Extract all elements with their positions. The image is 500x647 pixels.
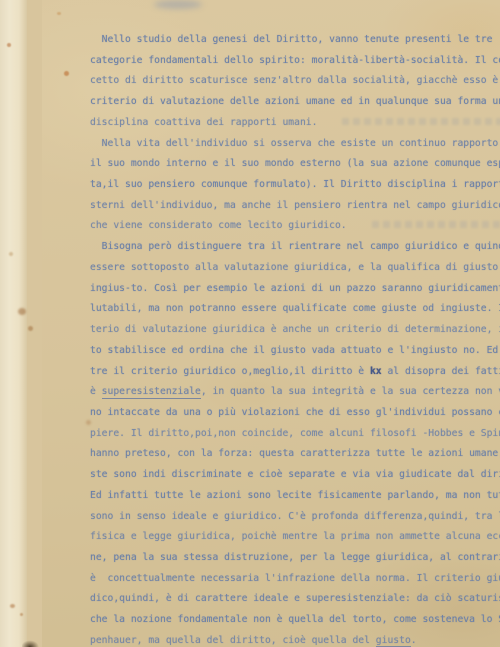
text-line: Nello studio della genesi del Diritto, v… [90,30,500,51]
text-line: cetto di diritto scaturisce senz'altro d… [90,71,500,92]
foxing-spot [57,12,61,15]
underlined-word: superesistenziale [102,386,201,399]
text-segment: to stabilisce ed ordina che il giusto va… [90,345,500,356]
text-line: categorie fondamentali dello spirito: mo… [90,51,500,72]
text-segment: ingius-to. Così per esempio le azioni di… [90,283,500,294]
text-segment: criterio di valutazione delle azioni uma… [90,96,500,107]
text-segment: è [90,386,102,397]
text-line: sono in senso ideale e giuridico. C'è pr… [90,507,500,528]
text-segment: Nella vita dell'individuo si osserva che… [90,138,500,149]
foxing-spot [20,613,23,616]
text-segment: terio di valutazione giuridica è anche u… [90,324,500,335]
foxing-spot [10,604,15,608]
text-line: tre il criterio giuridico o,meglio,il di… [90,362,500,383]
text-line: essere sottoposto alla valutazione giuri… [90,258,500,279]
text-line: penhauer, ma quella del diritto, cioè qu… [90,631,500,647]
text-line: lutabili, ma non potranno essere qualifi… [90,299,500,320]
text-line: ingius-to. Così per esempio le azioni di… [90,279,500,300]
text-line: ne, pena la sua stessa distruzione, per … [90,548,500,569]
text-segment: penhauer, ma quella del diritto, cioè qu… [90,635,376,646]
text-segment: Bisogna però distinguere tra il rientrar… [90,241,500,252]
underlined-word: giusto [376,635,411,647]
text-segment: che la nozione fondamentale non è quella… [90,614,500,625]
text-line: ta,il suo pensiero comunque formulato). … [90,175,500,196]
text-line: disciplina coattiva dei rapporti umani. [90,113,500,134]
text-line: Bisogna però distinguere tra il rientrar… [90,237,500,258]
text-segment: fisica e legge giuridica, poichè mentre … [90,531,500,542]
foxing-spot [28,326,33,331]
page-corner-shadow [22,635,42,647]
foxing-spot [86,420,91,425]
text-line: il suo mondo interno e il suo mondo este… [90,154,500,175]
text-line: è superesistenziale, in quanto la sua in… [90,382,500,403]
text-segment: categorie fondamentali dello spirito: mo… [90,55,500,66]
text-segment: è concettualmente necessaria l'infrazion… [90,573,500,584]
text-segment: che viene considerato come lecito giurid… [90,220,347,231]
text-line: to stabilisce ed ordina che il giusto va… [90,341,500,362]
foxing-spot [9,252,13,256]
text-line: Ed infatti tutte le azioni sono lecite f… [90,486,500,507]
text-segment: , in quanto la sua integrità e la sua ce… [201,386,500,397]
text-segment: no intaccate da una o più violazioni che… [90,407,500,418]
text-segment: sterni dell'individuo, ma anche il pensi… [90,200,500,211]
text-segment: sono in senso ideale e giuridico. C'è pr… [90,511,500,522]
text-segment: Ed infatti tutte le azioni sono lecite f… [90,490,500,501]
text-segment: cetto di diritto scaturisce senz'altro d… [90,75,500,86]
foxing-spot [64,71,69,76]
text-segment: al disopra dei fatti,cioè [382,366,500,377]
text-segment: Nello studio della genesi del Diritto, v… [90,34,492,45]
text-segment: ta,il suo pensiero comunque formulato). … [90,179,500,190]
text-segment: tre il criterio giuridico o,meglio,il di… [90,366,370,377]
typewritten-text: Nello studio della genesi del Diritto, v… [90,30,500,647]
page-leaf: Nello studio della genesi del Diritto, v… [42,0,500,647]
text-line: hanno preteso, con la forza: questa cara… [90,444,500,465]
typewritten-page-scan: Nello studio della genesi del Diritto, v… [0,0,500,647]
text-line: piere. Il diritto,poi,non coincide, come… [90,424,500,445]
foxing-spot [7,43,11,47]
text-line: terio di valutazione giuridica è anche u… [90,320,500,341]
text-segment: hanno preteso, con la forza: questa cara… [90,448,500,459]
text-line: fisica e legge giuridica, poichè mentre … [90,527,500,548]
text-line: è concettualmente necessaria l'infrazion… [90,569,500,590]
text-line: ste sono indi discriminate e cioè separa… [90,465,500,486]
text-line: criterio di valutazione delle azioni uma… [90,92,500,113]
text-line: dico,quindi, è di carattere ideale e sup… [90,589,500,610]
foxing-spot [18,308,26,315]
text-segment: lutabili, ma non potranno essere qualifi… [90,303,500,314]
text-segment: . [411,635,417,646]
text-line: no intaccate da una o più violazioni che… [90,403,500,424]
ink-smudge [154,0,202,9]
text-segment: ste sono indi discriminate e cioè separa… [90,469,500,480]
page-crease [27,0,42,647]
text-segment: dico,quindi, è di carattere ideale e sup… [90,593,500,604]
text-line: che viene considerato come lecito giurid… [90,216,500,237]
overstruck-text: kx [370,366,382,377]
text-segment: piere. Il diritto,poi,non coincide, come… [90,428,500,439]
previous-page-edge [0,0,27,647]
text-segment: il suo mondo interno e il suo mondo este… [90,158,500,169]
text-segment: disciplina coattiva dei rapporti umani. [90,117,317,128]
text-line: Nella vita dell'individuo si osserva che… [90,134,500,155]
text-line: sterni dell'individuo, ma anche il pensi… [90,196,500,217]
text-segment: ne, pena la sua stessa distruzione, per … [90,552,500,563]
text-segment: essere sottoposto alla valutazione giuri… [90,262,500,273]
text-line: che la nozione fondamentale non è quella… [90,610,500,631]
